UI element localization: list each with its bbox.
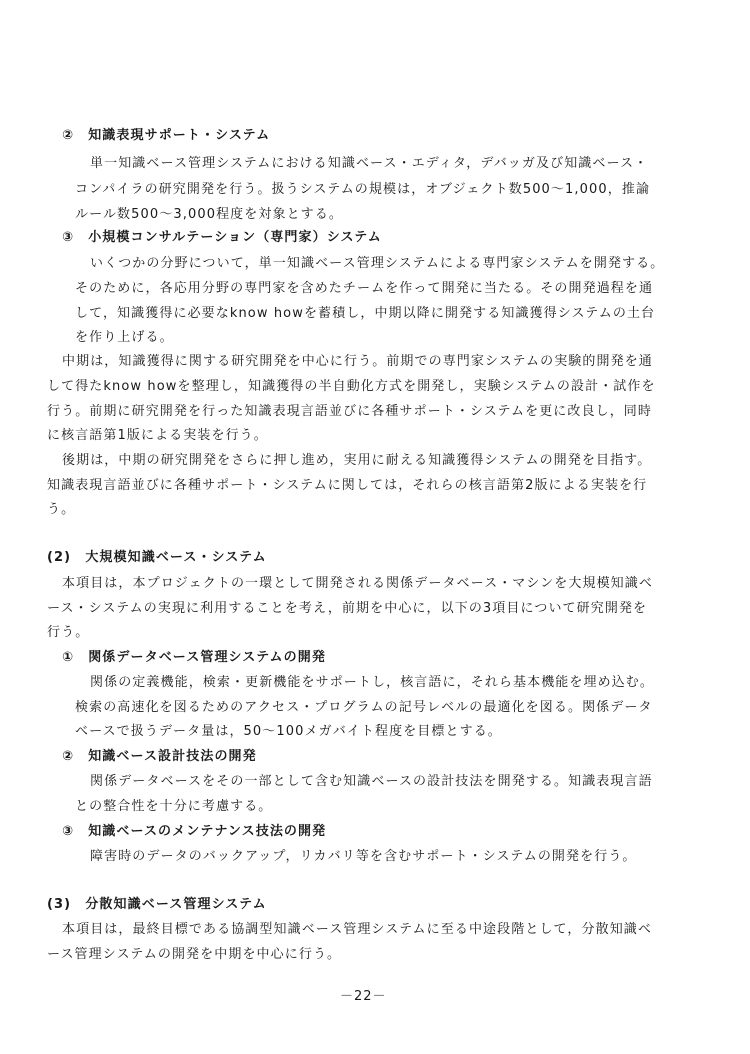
paragraph-line: ルール数500～3,000程度を対象とする。 (75, 207, 343, 223)
item-heading-small-consultation-system: ③ 小規模コンサルテーション（専門家）システム (62, 230, 382, 246)
paragraph-line: ース・システムの実現に利用することを考え，前期を中心に，以下の3項目について研究… (47, 601, 647, 617)
section-heading-large-knowledge-base-system: (2) 大規模知識ベース・システム (47, 550, 267, 566)
item-heading-relational-db-management: ① 関係データベース管理システムの開発 (62, 650, 326, 666)
paragraph-line: 本項目は，最終目標である協調型知識ベース管理システムに至る中途段階として，分散知… (62, 922, 652, 938)
item-heading-knowledge-base-design: ② 知識ベース設計技法の開発 (62, 749, 257, 765)
paragraph-line: 関係の定義機能，検索・更新機能をサポートし，核言語に，それら基本機能を埋め込む。 (90, 675, 654, 691)
paragraph-line: 障害時のデータのバックアップ，リカバリ等を含むサポート・システムの開発を行う。 (90, 849, 637, 865)
item-heading-knowledge-representation-support: ② 知識表現サポート・システム (62, 128, 270, 144)
paragraph-line: 行う。前期に研究開発を行った知識表現言語並びに各種サポート・システムを更に改良し… (47, 404, 652, 420)
paragraph-line: ベースで扱うデータ量は，50～100メガバイト程度を目標とする。 (75, 724, 502, 740)
paragraph-line: 単一知識ベース管理システムにおける知識ベース・エディタ，デバッガ及び知識ベース・ (90, 156, 648, 172)
paragraph-line: を作り上げる。 (75, 330, 174, 346)
paragraph-line: 中期は，知識獲得に関する研究開発を中心に行う。前期での専門家システムの実験的開発… (62, 354, 653, 370)
paragraph-line: 関係データベースをその一部として含む知識ベースの設計技法を開発する。知識表現言語 (90, 774, 653, 790)
paragraph-line: して得たknow howを整理し，知識獲得の半自動化方式を開発し，実験システムの… (47, 379, 656, 395)
paragraph-line: 本項目は，本プロジェクトの一環として開発される関係データベース・マシンを大規模知… (62, 576, 653, 592)
paragraph-line: に核言語第1版による実装を行う。 (47, 428, 268, 444)
paragraph-line: う。 (47, 502, 75, 518)
paragraph-line: 後期は，中期の研究開発をさらに押し進め，実用に耐える知識獲得システムの開発を目指… (62, 453, 651, 469)
section-heading-distributed-kb-management: (3) 分散知識ベース管理システム (47, 897, 267, 913)
paragraph-line: との整合性を十分に考慮する。 (75, 799, 272, 815)
paragraph-line: して，知識獲得に必要なknow howを蓄積し，中期以降に開発する知識獲得システ… (75, 306, 655, 322)
paragraph-line: いくつかの分野について，単一知識ベース管理システムによる専門家システムを開発する… (90, 256, 664, 272)
paragraph-line: そのために，各応用分野の専門家を含めたチームを作って開発に当たる。その開発過程を… (75, 281, 653, 297)
item-heading-knowledge-base-maintenance: ③ 知識ベースのメンテナンス技法の開発 (62, 824, 326, 840)
paragraph-line: 知識表現言語並びに各種サポート・システムに関しては，それらの核言語第2版による実… (47, 478, 647, 494)
page-number: －22－ (340, 989, 387, 1005)
paragraph-line: 検索の高速化を図るためのアクセス・プログラムの記号レベルの最適化を図る。関係デー… (75, 700, 653, 716)
paragraph-line: 行う。 (47, 625, 89, 641)
paragraph-line: コンパイラの研究開発を行う。扱うシステムの規模は，オブジェクト数500～1,00… (75, 182, 650, 198)
paragraph-line: ース管理システムの開発を中期を中心に行う。 (47, 947, 341, 963)
